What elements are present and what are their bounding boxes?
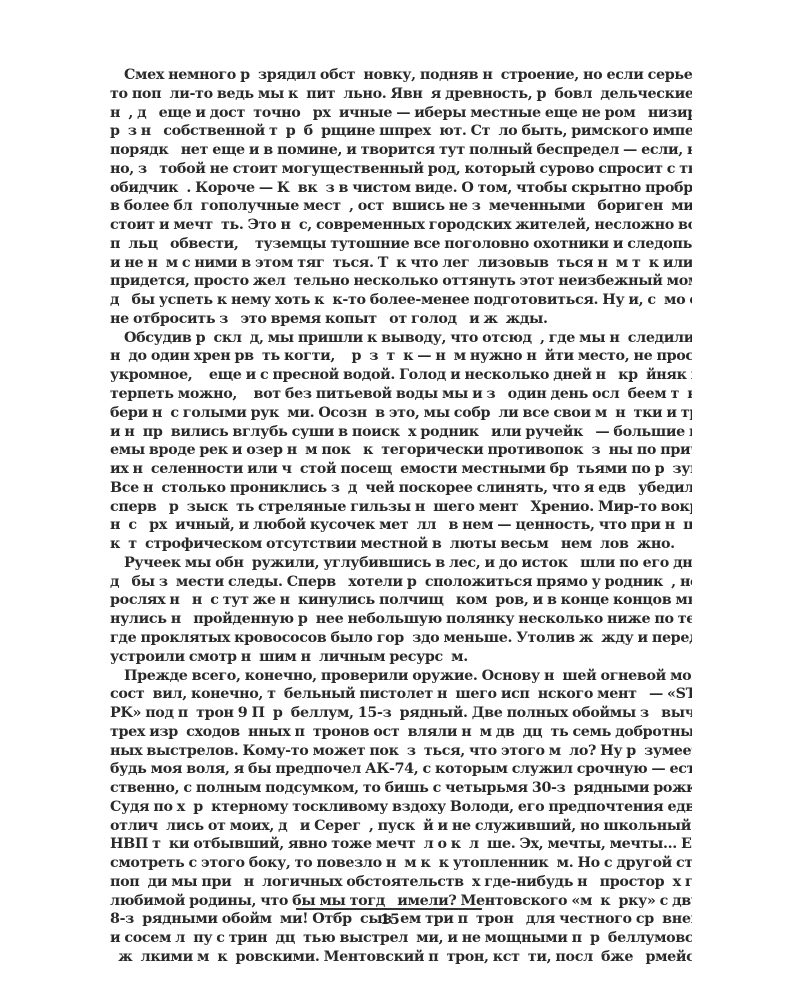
text-line: будь моя воля, я бы предпочел АК-74, с к…: [110, 760, 692, 779]
text-line: н , д еще и дост точно рх ичные — иберы …: [110, 104, 692, 123]
text-line: укромное, еще и с пресной водой. Голод и…: [110, 366, 692, 385]
text-line: то поп ли-то ведь мы к пит льно. Явн я д…: [110, 85, 692, 104]
text-line: рослях н н с тут же н кинулись полчищ ко…: [110, 591, 692, 610]
text-line: обидчик . Короче — К вк з в чистом виде.…: [110, 179, 692, 198]
text-line: н до один хрен рв ть когти, р з т к — н …: [110, 347, 692, 366]
text-line: устроили смотр н шим н личным ресурс м.: [110, 648, 692, 667]
text-line: в более бл гополучные мест , ост вшись н…: [110, 197, 692, 216]
text-line: нулись н пройденную р нее небольшую поля…: [110, 610, 692, 629]
text-line: смотреть с этого боку, то повезло н м к …: [110, 854, 692, 873]
text-line: Все н столько прониклись з д чей поскоре…: [110, 479, 692, 498]
text-line: ных выстрелов. Кому-то может пок з ться,…: [110, 742, 692, 761]
text-line: но, з тобой не стоит могущественный род,…: [110, 160, 692, 179]
text-line: н с рх ичный, и любой кусочек мет лл в н…: [110, 516, 692, 535]
text-line: р з н собственной т р б рщине шпрех ют. …: [110, 122, 692, 141]
text-line: к т строфическом отсутствии местной в лю…: [110, 535, 692, 554]
text-line: Смех немного р зрядил обст новку, подняв…: [110, 66, 692, 85]
text-line: д бы успеть к нему хоть к к-то более-мен…: [110, 291, 692, 310]
text-line: и сосем л пу с трин дц тью выстрел ми, и…: [110, 929, 692, 948]
text-line: Обсудив р скл д, мы пришли к выводу, что…: [110, 329, 692, 348]
page-number: 15: [360, 912, 420, 928]
text-line: поп ди мы при н логичных обстоятельств х…: [110, 873, 692, 892]
text-line: сост вил, конечно, т бельный пистолет н …: [110, 685, 692, 704]
text-line: терпеть можно, вот без питьевой воды мы …: [110, 385, 692, 404]
text-line: Ручеек мы обн ружили, углубившись в лес,…: [110, 554, 692, 573]
text-line: порядк нет еще и в помине, и творится ту…: [110, 141, 692, 160]
text-line: Судя по х р ктерному тоскливому вздоху В…: [110, 798, 692, 817]
text-line: емы вроде рек и озер н м пок к тегоричес…: [110, 441, 692, 460]
text-line: PK» под п трон 9 П р беллум, 15-з рядный…: [110, 704, 692, 723]
text-line: д бы з мести следы. Сперв хотели р споло…: [110, 573, 692, 592]
text-line: сперв р зыск ть стреляные гильзы н шего …: [110, 498, 692, 517]
text-line: и н пр вились вглубь суши в поиск х родн…: [110, 423, 692, 442]
text-line: где проклятых кровососов было гор здо ме…: [110, 629, 692, 648]
text-line: ж лкими м к ровскими. Ментовский п трон,…: [110, 948, 692, 967]
text-line: их н селенности или ч стой посещ емости …: [110, 460, 692, 479]
text-line: бери н с голыми рук ми. Осозн в это, мы …: [110, 404, 692, 423]
text-line: п льц обвести, туземцы тутошние все пого…: [110, 235, 692, 254]
text-line: и не н м с ними в этом тяг ться. Т к что…: [110, 254, 692, 273]
text-line: стоит и мечт ть. Это н с, современных го…: [110, 216, 692, 235]
text-line: не отбросить з это время копыт от голод …: [110, 310, 692, 329]
text-line: трех изр сходов нных п тронов ост вляли …: [110, 723, 692, 742]
page-body: Смех немного р зрядил обст новку, подняв…: [110, 66, 692, 967]
text-line: придется, просто жел тельно несколько от…: [110, 272, 692, 291]
footer-rule: [296, 908, 482, 910]
text-line: отлич лись от моих, д и Серег , пуск й и…: [110, 817, 692, 836]
text-line: ственно, с полным подсумком, то бишь с ч…: [110, 779, 692, 798]
text-line: НВП т ки отбывший, явно тоже мечт л о к …: [110, 835, 692, 854]
text-line: Прежде всего, конечно, проверили оружие.…: [110, 667, 692, 686]
